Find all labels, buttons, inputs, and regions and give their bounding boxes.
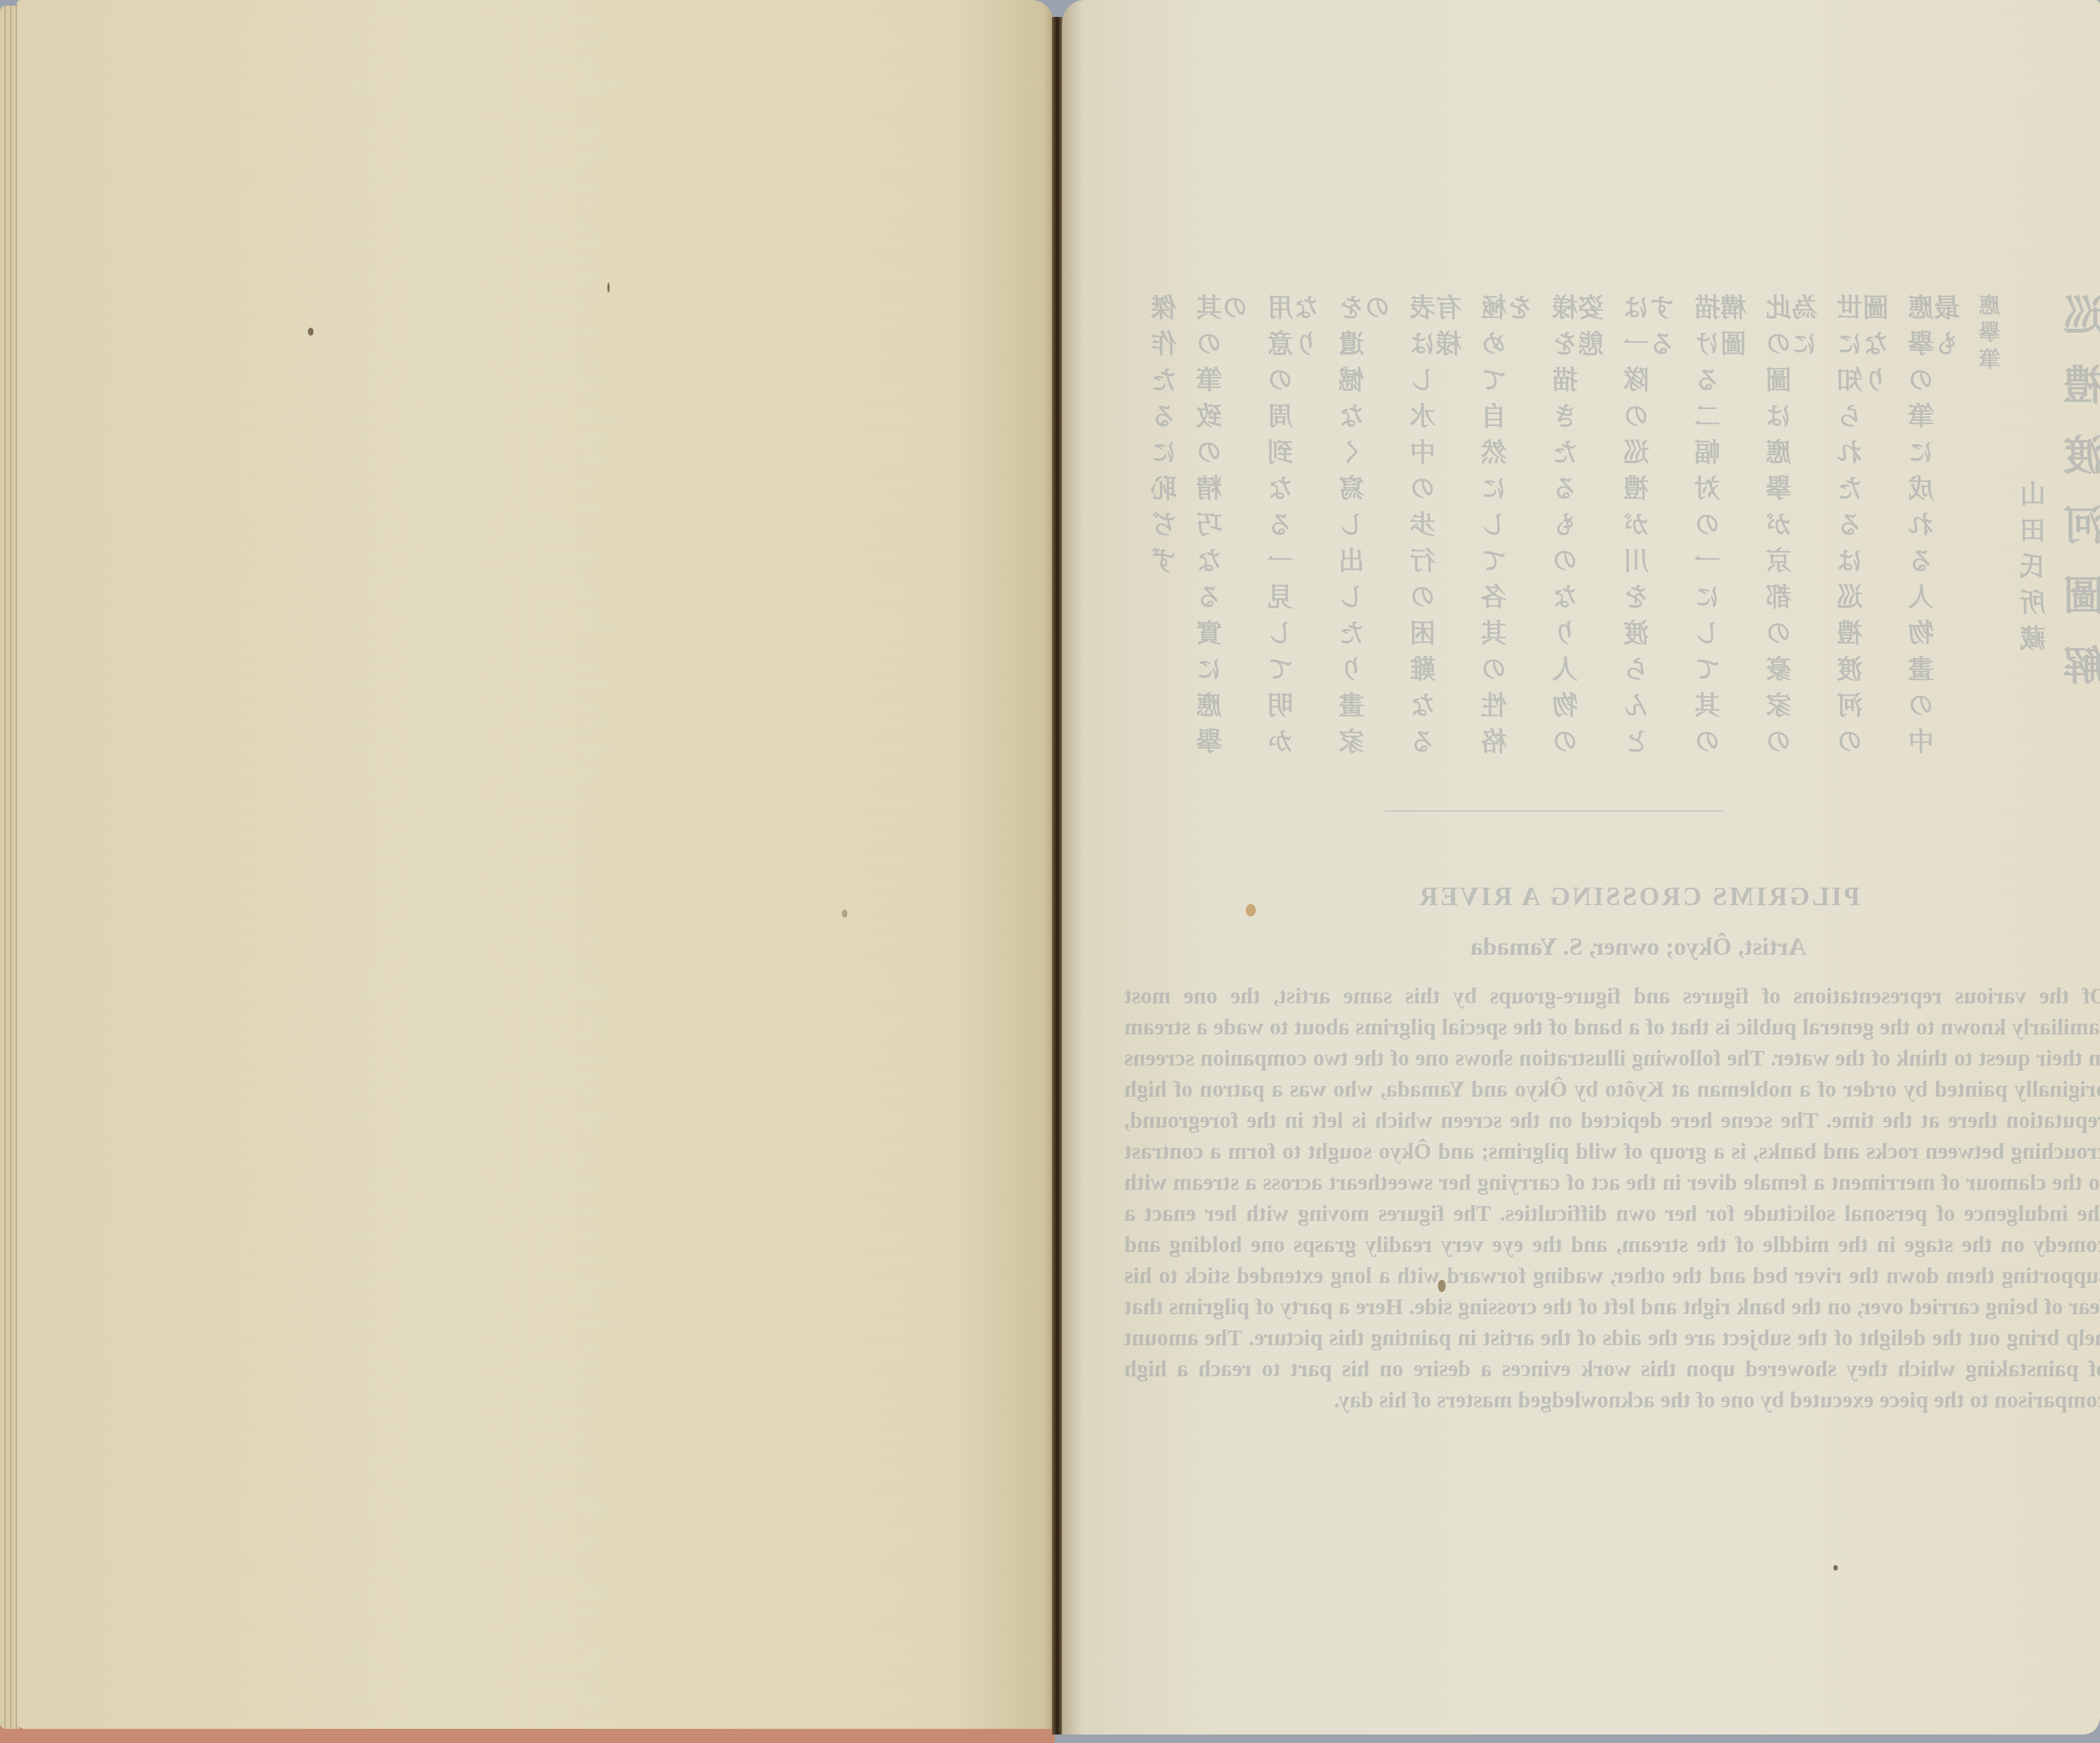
japanese-column: 世に知られたるは巡禮渡河の圖なり: [1838, 294, 1890, 791]
japanese-title: 巡禮渡河圖解: [2067, 294, 2100, 791]
japanese-column: 表はし水中の歩行の困難なる有様: [1411, 294, 1463, 791]
japanese-column: 描ける二幅対の一にして其の構圖: [1696, 294, 1748, 791]
japanese-column: は一隊の巡禮が川を渡らんとする: [1625, 294, 1677, 791]
paper-stain: [1246, 904, 1256, 916]
japanese-column: 應擧の筆に成れる人物畫の中最も: [1910, 294, 1962, 791]
section-divider-rule: [1384, 810, 1723, 812]
paper-speck: [308, 328, 314, 336]
japanese-show-through-text: 巡禮渡河圖解 山田氏所藏 應擧筆 應擧の筆に成れる人物畫の中最も 世に知られたる…: [1153, 294, 2100, 791]
japanese-column: 其の筆致の精巧なる實に應擧の: [1198, 294, 1250, 791]
japanese-column: 用意の周到なる一見して明かなり: [1269, 294, 1321, 791]
open-book-spread: 巡禮渡河圖解 山田氏所藏 應擧筆 應擧の筆に成れる人物畫の中最も 世に知られたる…: [0, 0, 2100, 1743]
paper-speck: [842, 910, 847, 918]
caption-subtitle: Artist, Ôkyo; owner, S. Yamada: [1373, 932, 1904, 961]
paper-stain: [1438, 1280, 1446, 1292]
japanese-artist: 應擧筆: [1981, 294, 2002, 791]
japanese-column: 極めて自然にして各其の性格を: [1482, 294, 1534, 791]
english-body-show-through: Of the various representations of figure…: [1124, 980, 2100, 1415]
left-page-blank: [17, 0, 1054, 1729]
paper-speck: [607, 282, 610, 293]
page-stack-edge: [0, 6, 19, 1729]
japanese-column: を遺憾なく寫し出したり畫家の: [1340, 294, 1392, 791]
right-page: [1062, 0, 2100, 1735]
japanese-column: 様を描きたるものなり人物の姿態: [1554, 294, 1606, 791]
book-gutter: [1052, 17, 1063, 1735]
body-paragraph: Of the various representations of figure…: [1124, 980, 2100, 1415]
japanese-attribution: 山田氏所藏: [2021, 294, 2047, 791]
japanese-column: 傑作たるに恥ぢず: [1153, 294, 1179, 791]
paper-speck: [1833, 1565, 1838, 1571]
japanese-column: 此の圖は應擧が京都の豪家の為に: [1767, 294, 1819, 791]
caption-title: PILGRIMS CROSSING A RIVER: [1373, 881, 1904, 911]
